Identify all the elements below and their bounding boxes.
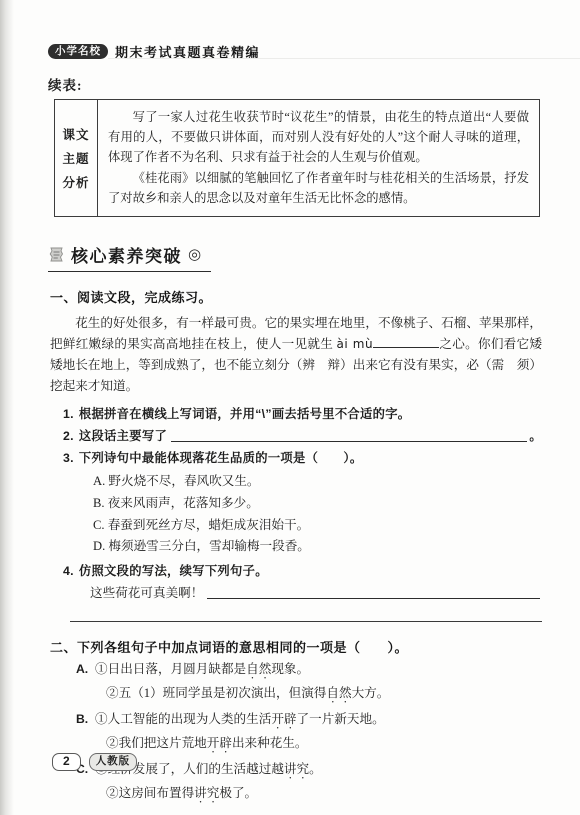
answer-blank-q4 — [207, 582, 540, 599]
row-header-line: 课文 — [62, 125, 89, 143]
question-3: 3.下列诗句中最能体现落花生品质的一项是（ ）。 — [63, 447, 542, 469]
question-3-text: 下列诗句中最能体现落花生品质的一项是（ ）。 — [79, 451, 363, 465]
answer-blank-q2 — [171, 425, 527, 442]
question-4-number: 4. — [63, 564, 74, 578]
emphasized-word: 自然 — [326, 686, 351, 700]
bullseye-mark-icon: ◎ — [188, 245, 201, 264]
part2-heading: 二、下列各组句子中加点词语的意思相同的一项是（ ）。 — [50, 637, 542, 656]
page-content: 小学名校 期末考试真题真卷精编 续表: 课文 主题 分析 写了一家人过花生收获节… — [0, 0, 580, 806]
summary-table: 课文 主题 分析 写了一家人过花生收获节时“议花生”的情景，由花生的特点道出“人… — [54, 99, 540, 217]
question-4-text: 仿照文段的写法，续写下列句子。 — [79, 564, 268, 578]
sentence-text: ②这房间布置得讲究极了。 — [106, 782, 257, 806]
question-4-prompt: 这些荷花可真美啊！ — [90, 582, 542, 604]
core-heading-title: 核心素养突破 — [71, 242, 182, 267]
question-1: 1.根据拼音在横线上写词语，并用“\”画去括号里不合适的字。 — [63, 403, 542, 425]
exam-workbook-page: 小学名校 期末考试真题真卷精编 续表: 课文 主题 分析 写了一家人过花生收获节… — [0, 0, 580, 815]
question-1-number: 1. — [63, 407, 74, 421]
emphasized-word: 开辟 — [271, 712, 296, 726]
part2-group-b: B. ①人工智能的出现为人类的生活开辟了一片新天地。 ②我们把这片荒地开辟出来种… — [50, 708, 542, 756]
group-c-sentence-2: ②这房间布置得讲究极了。 — [106, 782, 542, 806]
sentence-text: ①人工智能的出现为人类的生活开辟了一片新天地。 — [95, 708, 385, 732]
question-3-option-d: D. 梅须逊雪三分白，雪却输梅一段香。 — [93, 536, 542, 558]
page-header: 小学名校 期末考试真题真卷精编 — [48, 42, 542, 61]
row-header-line: 分析 — [62, 173, 89, 191]
question-3-option-b: B. 夜来风雨声，花落知多少。 — [93, 493, 542, 515]
series-badge: 小学名校 — [48, 44, 108, 60]
emphasized-word: 开辟 — [207, 736, 232, 750]
group-a-label: A. — [76, 658, 95, 682]
part1-heading: 一、阅读文段，完成练习。 — [50, 287, 542, 306]
group-a-sentence-2: ②五（1）班同学虽是初次演出，但演得自然大方。 — [106, 682, 542, 706]
question-2-period: 。 — [529, 425, 542, 447]
question-2-number: 2. — [63, 425, 74, 447]
core-section-heading: 核心素养突破 ◎ — [48, 242, 211, 272]
group-c-sentence-1: C. ①经济发展了，人们的生活越过越讲究。 — [76, 758, 542, 782]
question-3-number: 3. — [63, 451, 74, 465]
emphasized-word: 讲究 — [284, 762, 309, 776]
group-a-sentence-1: A. ①日出日落，月圆月缺都是自然现象。 — [76, 658, 542, 682]
question-4: 4.仿照文段的写法，续写下列句子。 — [63, 560, 542, 582]
question-3-option-c: C. 春蚕到死丝方尽，蜡炬成灰泪始干。 — [93, 515, 542, 537]
pinyin-text: ài mù — [337, 337, 374, 351]
part2-group-a: A. ①日出日落，月圆月缺都是自然现象。 ②五（1）班同学虽是初次演出，但演得自… — [50, 658, 542, 706]
question-2: 2.这段话主要写了。 — [63, 425, 542, 447]
group-b-sentence-1: B. ①人工智能的出现为人类的生活开辟了一片新天地。 — [76, 708, 542, 732]
summary-paragraph: 写了一家人过花生收获节时“议花生”的情景，由花生的特点道出“人要做有用的人，不要… — [108, 107, 529, 168]
answer-continuation-line — [70, 621, 542, 622]
sentence-text: ②五（1）班同学虽是初次演出，但演得自然大方。 — [106, 682, 389, 706]
question-4-prompt-text: 这些荷花可真美啊！ — [90, 582, 203, 604]
summary-table-content: 写了一家人过花生收获节时“议花生”的情景，由花生的特点道出“人要做有用的人，不要… — [98, 100, 539, 216]
emphasized-word: 讲究 — [194, 786, 219, 800]
answer-blank-pinyin — [373, 336, 439, 348]
edition-badge: 人教版 — [89, 753, 138, 771]
page-number: 2 — [52, 753, 81, 771]
sentence-text: ①日出日落，月圆月缺都是自然现象。 — [95, 658, 309, 682]
summary-paragraph: 《桂花雨》以细腻的笔触回忆了作者童年时与桂花相关的生活场景，抒发了对故乡和亲人的… — [108, 168, 529, 208]
summary-table-row-header: 课文 主题 分析 — [55, 100, 98, 216]
header-rule — [108, 58, 580, 59]
question-3-option-a: A. 野火烧不尽，春风吹又生。 — [93, 471, 542, 493]
group-b-sentence-2: ②我们把这片荒地开辟出来种花生。 — [106, 732, 542, 756]
row-header-line: 主题 — [62, 149, 89, 167]
continued-table-label: 续表: — [48, 74, 542, 94]
question-3-options: A. 野火烧不尽，春风吹又生。 B. 夜来风雨声，花落知多少。 C. 春蚕到死丝… — [50, 471, 542, 558]
reading-passage: 花生的好处很多，有一样最可贵。它的果实埋在地里，不像桃子、石榴、苹果那样，把鲜红… — [50, 313, 542, 397]
question-2-text: 这段话主要写了 — [79, 425, 167, 447]
group-b-label: B. — [76, 708, 95, 732]
question-1-text: 根据拼音在横线上写词语，并用“\”画去括号里不合适的字。 — [79, 407, 411, 421]
page-footer: 2 人教版 — [52, 753, 137, 771]
emphasized-word: 自然 — [246, 662, 271, 676]
seal-icon — [48, 246, 65, 263]
